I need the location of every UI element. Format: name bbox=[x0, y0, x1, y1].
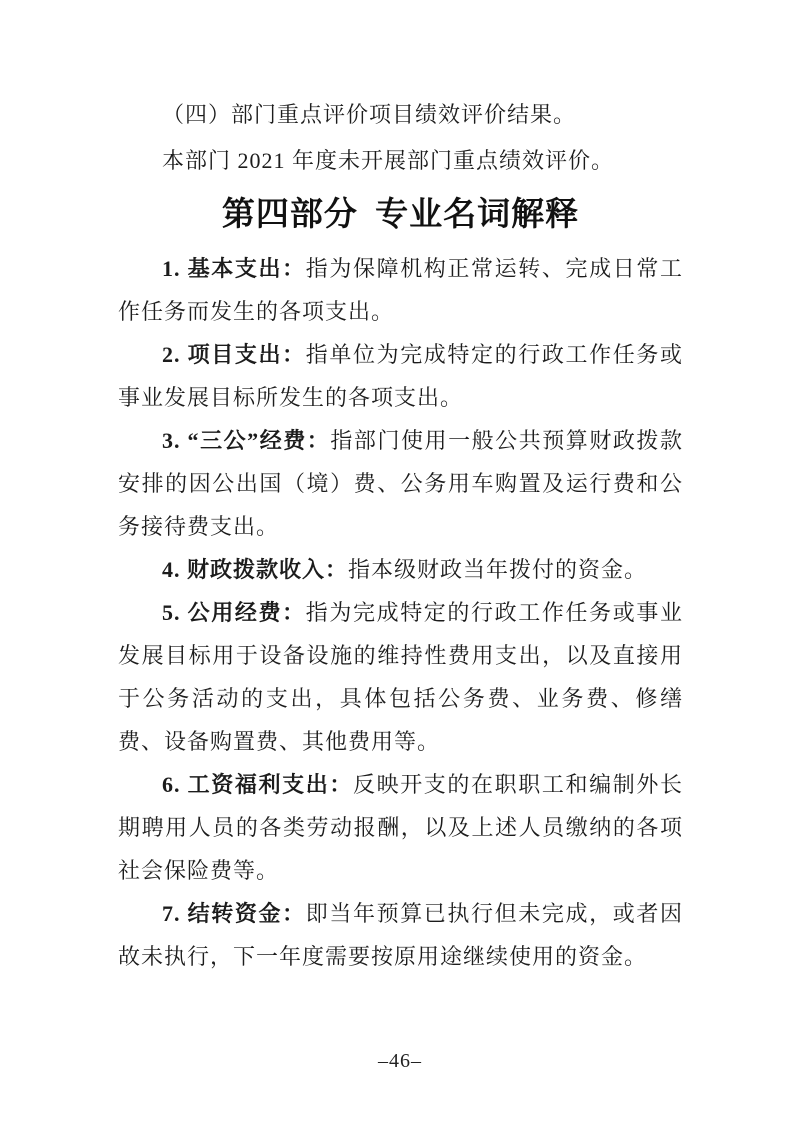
intro-line-2: 本部门 2021 年度未开展部门重点绩效评价。 bbox=[118, 138, 683, 184]
intro-section: （四）部门重点评价项目绩效评价结果。 本部门 2021 年度未开展部门重点绩效评… bbox=[118, 92, 683, 184]
term-label-4: 4. 财政拨款收入： bbox=[162, 557, 348, 582]
term-label-1: 1. 基本支出： bbox=[162, 256, 306, 281]
term-item-6: 6. 工资福利支出：反映开支的在职职工和编制外长期聘用人员的各类劳动报酬，以及上… bbox=[118, 763, 683, 892]
term-label-5: 5. 公用经费： bbox=[162, 600, 306, 625]
term-item-3: 3. “三公”经费：指部门使用一般公共预算财政拨款安排的因公出国（境）费、公务用… bbox=[118, 419, 683, 548]
intro-line-1: （四）部门重点评价项目绩效评价结果。 bbox=[118, 92, 683, 138]
page-footer: –46– bbox=[0, 1050, 800, 1073]
term-item-5: 5. 公用经费：指为完成特定的行政工作任务或事业发展目标用于设备设施的维持性费用… bbox=[118, 591, 683, 763]
term-definition-4: 指本级财政当年拨付的资金。 bbox=[348, 557, 647, 582]
document-page: （四）部门重点评价项目绩效评价结果。 本部门 2021 年度未开展部门重点绩效评… bbox=[0, 0, 800, 1132]
term-label-7: 7. 结转资金： bbox=[162, 901, 306, 926]
term-label-3: 3. “三公”经费： bbox=[162, 428, 330, 453]
term-item-2: 2. 项目支出：指单位为完成特定的行政工作任务或事业发展目标所发生的各项支出。 bbox=[118, 333, 683, 419]
term-item-4: 4. 财政拨款收入：指本级财政当年拨付的资金。 bbox=[118, 548, 683, 591]
term-item-7: 7. 结转资金：即当年预算已执行但未完成，或者因故未执行，下一年度需要按原用途继… bbox=[118, 892, 683, 978]
term-label-2: 2. 项目支出： bbox=[162, 342, 306, 367]
page-number: –46– bbox=[378, 1050, 422, 1072]
page-content: （四）部门重点评价项目绩效评价结果。 本部门 2021 年度未开展部门重点绩效评… bbox=[0, 0, 800, 978]
term-item-1: 1. 基本支出：指为保障机构正常运转、完成日常工作任务而发生的各项支出。 bbox=[118, 247, 683, 333]
section-heading: 第四部分 专业名词解释 bbox=[118, 192, 683, 238]
term-label-6: 6. 工资福利支出： bbox=[162, 772, 353, 797]
terms-list: 1. 基本支出：指为保障机构正常运转、完成日常工作任务而发生的各项支出。 2. … bbox=[118, 247, 683, 978]
